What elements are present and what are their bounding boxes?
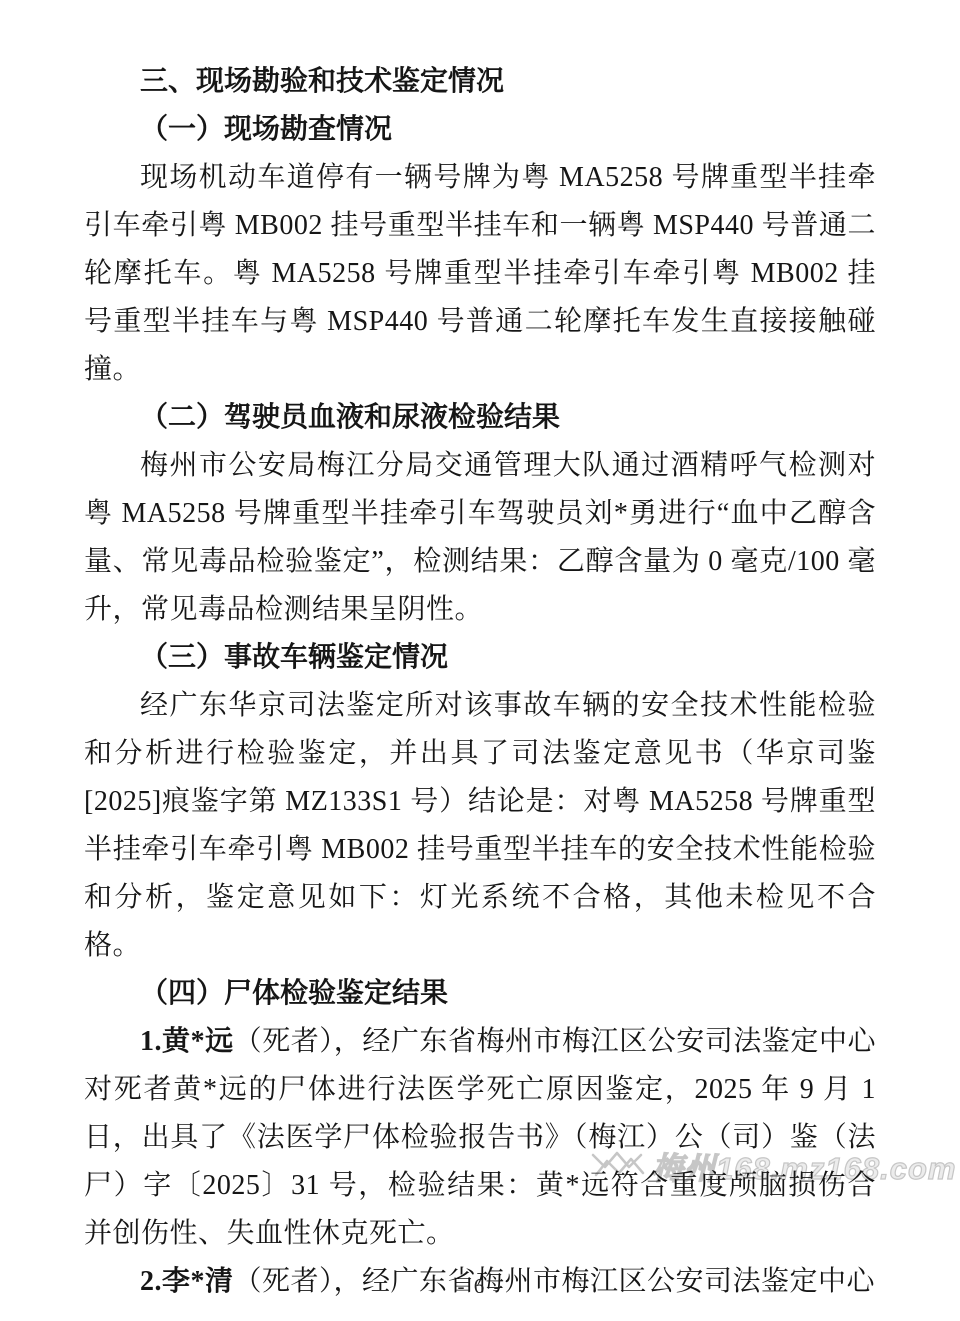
subsection-title-blood-urine: （二）驾驶员血液和尿液检验结果 <box>84 394 876 442</box>
victim-1-finding: （死者），经广东省梅州市梅江区公安司法鉴定中心对死者黄*远的尸体进行法医学死亡原… <box>84 1026 876 1249</box>
victim-1-name: 1.黄*远 <box>140 1026 234 1057</box>
subsection-title-vehicle-appraisal: （三）事故车辆鉴定情况 <box>84 634 876 682</box>
document-body: 三、现场勘验和技术鉴定情况 （一）现场勘查情况 现场机动车道停有一辆号牌为粤 M… <box>84 58 876 1306</box>
paragraph-blood-urine: 梅州市公安局梅江分局交通管理大队通过酒精呼气检测对粤 MA5258 号牌重型半挂… <box>84 442 876 634</box>
page-number: - 6 - <box>0 1274 960 1299</box>
subsection-title-autopsy: （四）尸体检验鉴定结果 <box>84 970 876 1018</box>
paragraph-scene-survey: 现场机动车道停有一辆号牌为粤 MA5258 号牌重型半挂牵引车牵引粤 MB002… <box>84 154 876 394</box>
section-heading: 三、现场勘验和技术鉴定情况 <box>84 58 876 106</box>
subsection-title-scene-survey: （一）现场勘查情况 <box>84 106 876 154</box>
document-page: 梅州168.mz168.com 三、现场勘验和技术鉴定情况 （一）现场勘查情况 … <box>0 0 960 1321</box>
paragraph-autopsy-victim-1: 1.黄*远（死者），经广东省梅州市梅江区公安司法鉴定中心对死者黄*远的尸体进行法… <box>84 1018 876 1258</box>
paragraph-vehicle-appraisal: 经广东华京司法鉴定所对该事故车辆的安全技术性能检验和分析进行检验鉴定，并出具了司… <box>84 682 876 970</box>
